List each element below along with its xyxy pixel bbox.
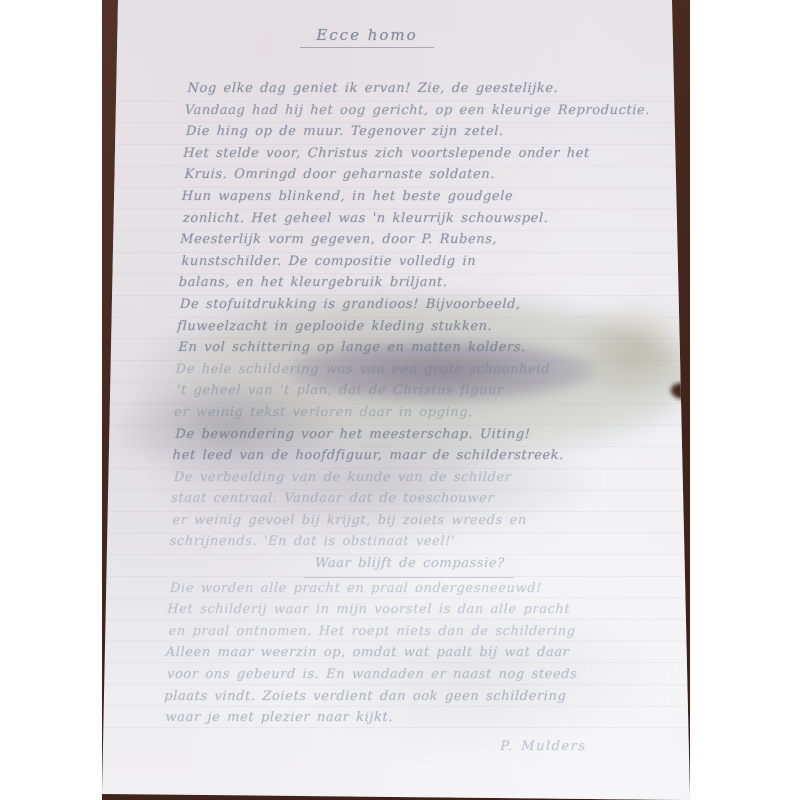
handwritten-line: De hele schildering was van een grote sc… (175, 359, 658, 381)
photo-of-document: Ecce homo Nog elke dag geniet ik ervan! … (102, 0, 690, 800)
torn-edge-notch (671, 383, 690, 399)
handwritten-line: De bewondering voor het meesterschap. Ui… (175, 424, 656, 446)
handwritten-line: Meesterlijk vorm gegeven, door P. Rubens… (180, 229, 663, 251)
handwritten-line: schrijnends. 'En dat is obstinaat veel!' (169, 531, 652, 553)
document-subtitle-text: Waar blijft de compassie? (305, 553, 516, 578)
handwritten-line: Hun wapens blinkend, in het beste goudge… (181, 186, 664, 208)
handwritten-line: En vol schittering op lange en matten ko… (178, 337, 659, 359)
handwritten-line: Vandaag had hij het oog gericht, op een … (184, 100, 667, 122)
document-subtitle: Waar blijft de compassie? (168, 553, 651, 578)
handwritten-line: kunstschilder. De compositie volledig in (181, 251, 662, 273)
handwritten-line: voor ons gebeurd is. En wandaden er naas… (167, 664, 648, 686)
handwritten-line: staat centraal. Vandaar dat de toeschouw… (171, 488, 654, 510)
handwritten-line: Die worden alle pracht en praal onderges… (170, 578, 651, 600)
document-body: Nog elke dag geniet ik ervan! Zie, de ge… (162, 78, 668, 757)
handwritten-line: 't geheel van 't plan, dat de Christus f… (177, 380, 658, 402)
handwritten-line: Het schilderij waar in mijn voorstel is … (167, 599, 650, 621)
handwritten-line: Kruis. Omringd door geharnaste soldaten. (184, 164, 665, 186)
handwritten-line: Alleen maar weerzin op, omdat wat paalt … (165, 642, 648, 664)
paragraph-two: Die worden alle pracht en praal onderges… (163, 578, 650, 729)
document-title: Ecce homo (260, 26, 474, 48)
signature: P. Mulders (162, 736, 645, 758)
handwritten-line: plaats vindt. Zoiets verdient dan ook ge… (164, 686, 647, 708)
handwritten-line: en praal ontnomen. Het roept niets dan d… (168, 621, 649, 643)
paragraph-one: Nog elke dag geniet ik ervan! Zie, de ge… (169, 78, 668, 553)
handwritten-line: waar je met plezier naar kijkt. (165, 707, 646, 729)
paper-sheet: Ecce homo Nog elke dag geniet ik ervan! … (102, 0, 690, 800)
handwritten-line: zonlicht. Het geheel was 'n kleurrijk sc… (183, 208, 664, 230)
document-title-text: Ecce homo (300, 26, 433, 48)
handwritten-line: Het stelde voor, Christus zich voortslep… (183, 143, 666, 165)
handwritten-line: er weinig tekst verloren daar in opging. (174, 402, 657, 424)
handwritten-line: fluweelzacht in geplooide kleding stukke… (177, 316, 660, 338)
handwritten-line: het leed van de hoofdfiguur, maar de sch… (172, 445, 655, 467)
handwritten-line: De stofuitdrukking is grandioos! Bijvoor… (180, 294, 661, 316)
handwritten-line: De verbeelding van de kunde van de schil… (174, 467, 655, 489)
handwritten-line: Nog elke dag geniet ik ervan! Zie, de ge… (187, 78, 668, 100)
handwritten-line: er weinig gevoel bij krijgt, bij zoiets … (172, 510, 653, 532)
handwritten-line: Die hing op de muur. Tegenover zijn zete… (186, 121, 667, 143)
handwritten-line: balans, en het kleurgebruik briljant. (178, 272, 661, 294)
